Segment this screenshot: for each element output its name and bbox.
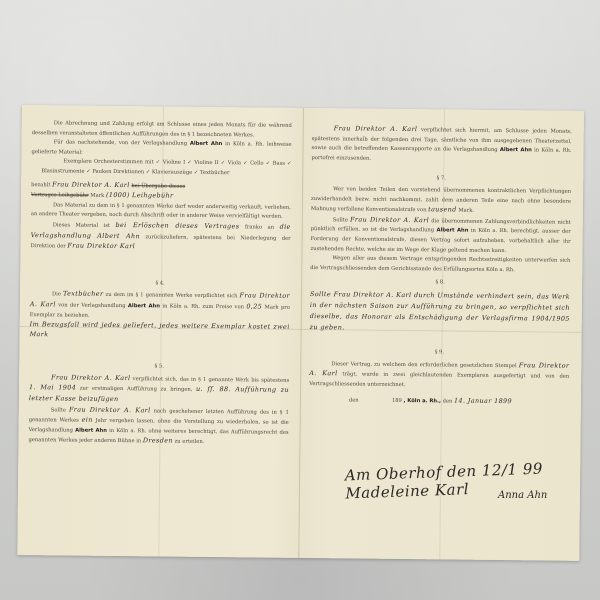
handwritten-date: 14. Januar 1899 xyxy=(454,397,512,406)
material-list: Exemplare Orchesterstimmen mit ✓ Violine… xyxy=(31,157,291,179)
section-7-continued: Sollte Frau Direktor A. Karl die übernom… xyxy=(310,215,570,257)
section-7-text: Wer von beiden Teilen den vorstehend übe… xyxy=(311,185,571,218)
jurisdiction-paragraph: Wegen aller aus diesem Vertrage entsprin… xyxy=(310,254,570,276)
section-heading: § 7. xyxy=(311,173,571,185)
right-page: Frau Direktor A. Karl verpflichtet sich … xyxy=(309,122,572,409)
section-8-handwritten: Sollte Frau Direktor A. Karl durch Umstä… xyxy=(310,289,570,336)
section-heading: § 8. xyxy=(310,277,570,289)
date-line: den 189 , Köln a. Rh., den 14. Januar 18… xyxy=(309,395,569,408)
center-fold xyxy=(298,108,304,558)
section-heading: § 5. xyxy=(29,361,289,373)
handwritten-name: Frau Direktor A. Karl xyxy=(52,180,130,189)
no-lend-paragraph: Das Material zu dem in § 1 genannten Wer… xyxy=(31,201,291,223)
handwritten-price: 0,25 xyxy=(246,302,262,310)
section-9-text: Dieser Vertrag, zu welchem den erforderl… xyxy=(309,359,569,393)
handwritten-fee: (1000) Leihgebühr xyxy=(106,191,174,200)
left-page: Die Abrechnung und Zahlung erfolgt am Sc… xyxy=(28,119,291,449)
section-5-continued: Sollte Frau Direktor A. Karl nach gesche… xyxy=(28,405,288,449)
section-6-text: Frau Direktor A. Karl verpflichtet sich … xyxy=(311,124,571,166)
section-heading: § 9. xyxy=(309,347,569,359)
section-4-text: Die Textbücher zu dem im § 1 genannten W… xyxy=(30,289,290,323)
section-heading: § 4. xyxy=(30,278,290,290)
handwritten-note: Im Bezugsfall wird jedes geliefert, jede… xyxy=(30,320,290,342)
return-paragraph: Dieses Material ist bei Erlöschen dieses… xyxy=(30,220,290,255)
publisher-name: Albert Ahn xyxy=(190,141,223,147)
signature-ahn: Anna Ahn xyxy=(498,490,547,501)
section-5-text: Frau Direktor A. Karl verpflichtet sich,… xyxy=(29,373,289,408)
